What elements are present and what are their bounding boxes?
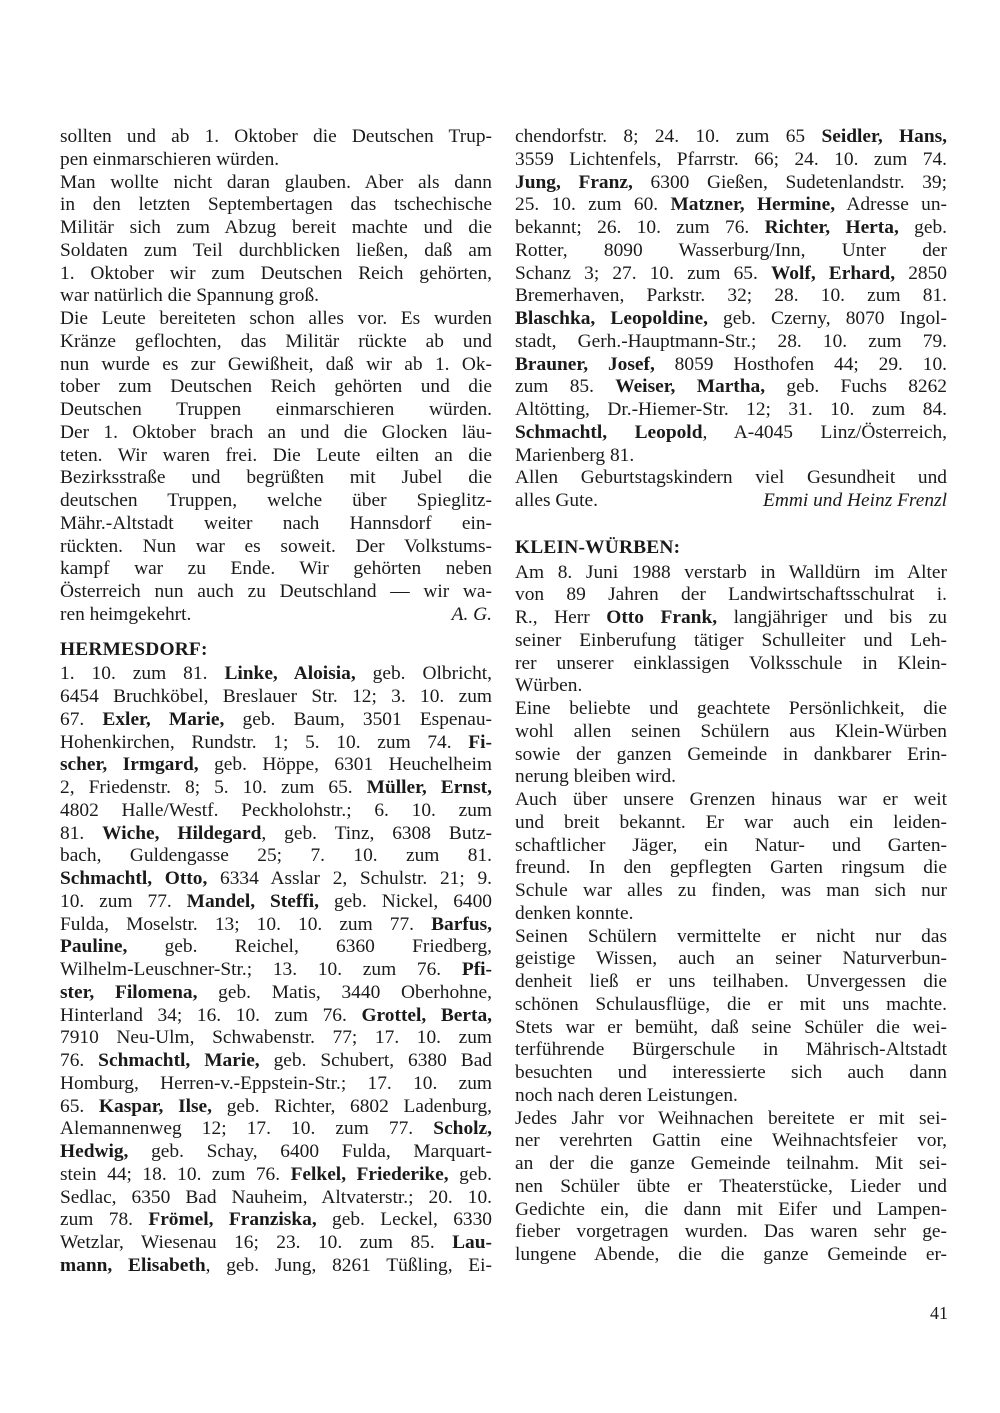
text-line: Brauner, Josef, 8059 Hosthofen 44; 29. 1… bbox=[515, 354, 947, 377]
text-line: nerung bleiben wird. bbox=[515, 766, 947, 789]
person-name: Pfi- bbox=[462, 959, 492, 980]
person-name: Lau- bbox=[452, 1232, 492, 1253]
text-line: 7910 Neu-Ulm, Schwabenstr. 77; 17. 10. z… bbox=[60, 1027, 492, 1050]
intro-closing-line: ren heimgekehrt. A. G. bbox=[60, 604, 492, 627]
text-line: Der 1. Oktober brach an und die Glocken … bbox=[60, 422, 492, 445]
text-line: tober zum Deutschen Reich gehörten und d… bbox=[60, 376, 492, 399]
text-line: schaftlicher Jäger, ein Natur- und Garte… bbox=[515, 835, 947, 858]
text-line: chendorfstr. 8; 24. 10. zum 65 Seidler, … bbox=[515, 126, 947, 149]
person-name: Pauline, bbox=[60, 936, 127, 957]
greeting-closing-line: alles Gute. Emmi und Heinz Frenzl bbox=[515, 490, 947, 513]
text-line: Alemannenweg 12; 17. 10. zum 77. Scholz, bbox=[60, 1118, 492, 1141]
person-name: Wolf, Erhard, bbox=[771, 263, 895, 284]
text-line: Stets war er bemüht, daß seine Schüler d… bbox=[515, 1017, 947, 1040]
person-name: Schmachtl, Marie, bbox=[98, 1050, 259, 1071]
greeting-closing-text: alles Gute. bbox=[515, 490, 598, 513]
text-line: zum 85. Weiser, Martha, geb. Fuchs 8262 bbox=[515, 376, 947, 399]
text-line: Mähr.-Altstadt weiter nach Hannsdorf ein… bbox=[60, 513, 492, 536]
person-name: Hedwig, bbox=[60, 1141, 128, 1162]
person-name: Exler, Marie, bbox=[102, 709, 224, 730]
text-line: und breit bekannt. Er war auch ein leide… bbox=[515, 812, 947, 835]
text-line: R., Herr Otto Frank, langjähriger und bi… bbox=[515, 607, 947, 630]
person-name: Müller, Ernst, bbox=[367, 777, 492, 798]
person-name: Linke, Aloisia, bbox=[224, 663, 355, 684]
text-line: nun wurde es zur Gewißheit, daß wir ab 1… bbox=[60, 354, 492, 377]
text-line: deutschen Truppen, welche über Spieglitz… bbox=[60, 490, 492, 513]
intro-closing-text: ren heimgekehrt. bbox=[60, 604, 191, 627]
person-name: Blaschka, Leopoldine, bbox=[515, 308, 708, 329]
text-line: Soldaten zum Teil durchblicken ließen, d… bbox=[60, 240, 492, 263]
text-line: Hohenkirchen, Rundstr. 1; 5. 10. zum 74.… bbox=[60, 732, 492, 755]
text-line: Rotter, 8090 Wasserburg/Inn, Unter der bbox=[515, 240, 947, 263]
text-line: Wilhelm-Leuschner-Str.; 13. 10. zum 76. … bbox=[60, 959, 492, 982]
person-name: Kaspar, Ilse, bbox=[99, 1096, 212, 1117]
person-name: Matzner, Hermine, bbox=[671, 194, 836, 215]
text-line: Fulda, Moselstr. 13; 10. 10. zum 77. Bar… bbox=[60, 914, 492, 937]
person-name: Fi- bbox=[468, 732, 492, 753]
text-line: schönen Schulausflüge, die er mit uns ma… bbox=[515, 994, 947, 1017]
person-name: Frömel, Franziska, bbox=[148, 1209, 316, 1230]
person-name: Otto Frank, bbox=[606, 607, 717, 628]
text-line: Österreich nun auch zu Deutschland — wir… bbox=[60, 581, 492, 604]
text-line: 1. Oktober wir zum Deutschen Reich gehör… bbox=[60, 263, 492, 286]
hermesdorf-birthday-list-continued: chendorfstr. 8; 24. 10. zum 65 Seidler, … bbox=[515, 126, 947, 490]
text-line: sollten und ab 1. Oktober die Deutschen … bbox=[60, 126, 492, 149]
text-line: Wetzlar, Wiesenau 16; 23. 10. zum 85. La… bbox=[60, 1232, 492, 1255]
left-column: sollten und ab 1. Oktober die Deutschen … bbox=[60, 126, 492, 1278]
person-name: Brauner, Josef, bbox=[515, 354, 655, 375]
person-name: Schmachtl, Otto, bbox=[60, 868, 207, 889]
text-line: Eine beliebte und geachtete Persönlichke… bbox=[515, 698, 947, 721]
text-line: Hedwig, geb. Schay, 6400 Fulda, Marquart… bbox=[60, 1141, 492, 1164]
text-line: fieber vorgetragen wurden. Das waren seh… bbox=[515, 1221, 947, 1244]
text-line: lungene Abende, die die ganze Gemeinde e… bbox=[515, 1244, 947, 1267]
text-line: in den letzten Septembertagen das tschec… bbox=[60, 194, 492, 217]
text-line: Man wollte nicht daran glauben. Aber als… bbox=[60, 172, 492, 195]
text-line: Am 8. Juni 1988 verstarb in Walldürn im … bbox=[515, 562, 947, 585]
text-line: 67. Exler, Marie, geb. Baum, 3501 Espena… bbox=[60, 709, 492, 732]
person-name: ster, Filomena, bbox=[60, 982, 197, 1003]
text-line: stein 44; 18. 10. zum 76. Felkel, Friede… bbox=[60, 1164, 492, 1187]
text-line: rückten. Nun war es soweit. Der Volkstum… bbox=[60, 536, 492, 559]
text-line: nen Schüler übte er Theaterstücke, Liede… bbox=[515, 1176, 947, 1199]
text-line: 76. Schmachtl, Marie, geb. Schubert, 638… bbox=[60, 1050, 492, 1073]
text-line: Sedlac, 6350 Bad Nauheim, Altvaterstr.; … bbox=[60, 1187, 492, 1210]
text-line: 25. 10. zum 60. Matzner, Hermine, Adress… bbox=[515, 194, 947, 217]
text-line: seiner Einberufung tätiger Schulleiter u… bbox=[515, 630, 947, 653]
person-name: Jung, Franz, bbox=[515, 172, 633, 193]
intro-signature: A. G. bbox=[452, 604, 492, 627]
person-name: scher, Irmgard, bbox=[60, 754, 199, 775]
text-line: Marienberg 81. bbox=[515, 445, 947, 468]
intro-article: sollten und ab 1. Oktober die Deutschen … bbox=[60, 126, 492, 604]
text-line: Deutschen Truppen einmarschieren würden. bbox=[60, 399, 492, 422]
text-line: noch nach deren Leistungen. bbox=[515, 1085, 947, 1108]
text-line: Jung, Franz, 6300 Gießen, Sudetenlandstr… bbox=[515, 172, 947, 195]
text-line: Schmachtl, Leopold, A-4045 Linz/Österrei… bbox=[515, 422, 947, 445]
text-line: zum 78. Frömel, Franziska, geb. Leckel, … bbox=[60, 1209, 492, 1232]
text-line: freund. In den gepflegten Garten ringsum… bbox=[515, 857, 947, 880]
text-line: Seinen Schülern vermittelte er nicht nur… bbox=[515, 926, 947, 949]
text-line: Homburg, Herren-v.-Eppstein-Str.; 17. 10… bbox=[60, 1073, 492, 1096]
text-line: ner verehrten Gattin eine Weihnachtsfeie… bbox=[515, 1130, 947, 1153]
text-line: Schanz 3; 27. 10. zum 65. Wolf, Erhard, … bbox=[515, 263, 947, 286]
text-line: geistige Wissen, auch an seiner Naturver… bbox=[515, 948, 947, 971]
text-line: denheit ließ er uns teilhaben. Unvergess… bbox=[515, 971, 947, 994]
text-line: pen einmarschieren würden. bbox=[60, 149, 492, 172]
person-name: Wiche, Hildegard bbox=[102, 823, 261, 844]
person-name: Richter, Herta, bbox=[765, 217, 899, 238]
text-line: kampf war zu Ende. Wir gehörten neben bbox=[60, 558, 492, 581]
text-line: war natürlich die Spannung groß. bbox=[60, 285, 492, 308]
text-line: Gedichte ein, die dann mit Eifer und Lam… bbox=[515, 1199, 947, 1222]
text-line: Bezirksstraße und begrüßten mit Jubel di… bbox=[60, 467, 492, 490]
greeting-signature: Emmi und Heinz Frenzl bbox=[763, 490, 947, 513]
text-line: 4802 Halle/Westf. Peckholohstr.; 6. 10. … bbox=[60, 800, 492, 823]
document-page: sollten und ab 1. Oktober die Deutschen … bbox=[0, 0, 1000, 1413]
text-line: stadt, Gerh.-Hauptmann-Str.; 28. 10. zum… bbox=[515, 331, 947, 354]
text-line: ster, Filomena, geb. Matis, 3440 Oberhoh… bbox=[60, 982, 492, 1005]
text-line: Schmachtl, Otto, 6334 Asslar 2, Schulstr… bbox=[60, 868, 492, 891]
text-line: Altötting, Dr.-Hiemer-Str. 12; 31. 10. z… bbox=[515, 399, 947, 422]
text-line: Blaschka, Leopoldine, geb. Czerny, 8070 … bbox=[515, 308, 947, 331]
section-gap bbox=[515, 513, 947, 525]
text-line: mann, Elisabeth, geb. Jung, 8261 Tüßling… bbox=[60, 1255, 492, 1278]
text-line: teten. Wir waren frei. Die Leute eilten … bbox=[60, 445, 492, 468]
text-line: 65. Kaspar, Ilse, geb. Richter, 6802 Lad… bbox=[60, 1096, 492, 1119]
person-name: Weiser, Martha, bbox=[615, 376, 765, 397]
text-line: 6454 Bruchköbel, Breslauer Str. 12; 3. 1… bbox=[60, 686, 492, 709]
person-name: Barfus, bbox=[431, 914, 492, 935]
text-line: 3559 Lichtenfels, Pfarrstr. 66; 24. 10. … bbox=[515, 149, 947, 172]
text-line: 81. Wiche, Hildegard, geb. Tinz, 6308 Bu… bbox=[60, 823, 492, 846]
right-column: chendorfstr. 8; 24. 10. zum 65 Seidler, … bbox=[515, 126, 947, 1267]
person-name: Grottel, Berta, bbox=[361, 1005, 492, 1026]
text-line: 1. 10. zum 81. Linke, Aloisia, geb. Olbr… bbox=[60, 663, 492, 686]
text-line: 2, Friedenstr. 8; 5. 10. zum 65. Müller,… bbox=[60, 777, 492, 800]
text-line: scher, Irmgard, geb. Höppe, 6301 Heuchel… bbox=[60, 754, 492, 777]
text-line: Allen Geburtstagskindern viel Gesundheit… bbox=[515, 467, 947, 490]
person-name: Felkel, Friederike, bbox=[291, 1164, 449, 1185]
person-name: Seidler, Hans, bbox=[821, 126, 947, 147]
text-line: Auch über unsere Grenzen hinaus war er w… bbox=[515, 789, 947, 812]
text-line: 10. zum 77. Mandel, Steffi, geb. Nickel,… bbox=[60, 891, 492, 914]
page-number: 41 bbox=[930, 1303, 948, 1324]
text-line: von 89 Jahren der Landwirtschaftsschulra… bbox=[515, 584, 947, 607]
section-heading-hermesdorf: HERMESDORF: bbox=[60, 639, 492, 662]
text-line: besuchten und interessierte sich auch da… bbox=[515, 1062, 947, 1085]
klein-wuerben-obituary: Am 8. Juni 1988 verstarb in Walldürn im … bbox=[515, 562, 947, 1267]
text-line: Jedes Jahr vor Weihnachen bereitete er m… bbox=[515, 1108, 947, 1131]
person-name: Mandel, Steffi, bbox=[187, 891, 319, 912]
text-line: Schule war alles zu finden, was man sich… bbox=[515, 880, 947, 903]
text-line: wohl allen seinen Schülern aus Klein-Wür… bbox=[515, 721, 947, 744]
text-line: rer unserer einklassigen Volksschule in … bbox=[515, 653, 947, 676]
text-line: Bremerhaven, Parkstr. 32; 28. 10. zum 81… bbox=[515, 285, 947, 308]
text-line: Würben. bbox=[515, 675, 947, 698]
person-name: Schmachtl, Leopold bbox=[515, 422, 702, 443]
hermesdorf-birthday-list: 1. 10. zum 81. Linke, Aloisia, geb. Olbr… bbox=[60, 663, 492, 1277]
section-heading-klein-wuerben: KLEIN-WÜRBEN: bbox=[515, 537, 947, 560]
text-line: denken konnte. bbox=[515, 903, 947, 926]
text-line: Hinterland 34; 16. 10. zum 76. Grottel, … bbox=[60, 1005, 492, 1028]
text-line: Militär sich zum Abzug bereit machte und… bbox=[60, 217, 492, 240]
text-line: terführende Bürgerschule in Mährisch-Alt… bbox=[515, 1039, 947, 1062]
text-line: an der die ganze Gemeinde teilnahm. Mit … bbox=[515, 1153, 947, 1176]
text-line: bekannt; 26. 10. zum 76. Richter, Herta,… bbox=[515, 217, 947, 240]
text-line: Die Leute bereiteten schon alles vor. Es… bbox=[60, 308, 492, 331]
text-line: bach, Guldengasse 25; 7. 10. zum 81. bbox=[60, 845, 492, 868]
text-line: Pauline, geb. Reichel, 6360 Friedberg, bbox=[60, 936, 492, 959]
person-name: Scholz, bbox=[433, 1118, 492, 1139]
text-line: Kränze geflochten, das Militär rückte ab… bbox=[60, 331, 492, 354]
person-name: mann, Elisabeth bbox=[60, 1255, 206, 1276]
text-line: sowie der ganzen Gemeinde in dankbarer E… bbox=[515, 744, 947, 767]
